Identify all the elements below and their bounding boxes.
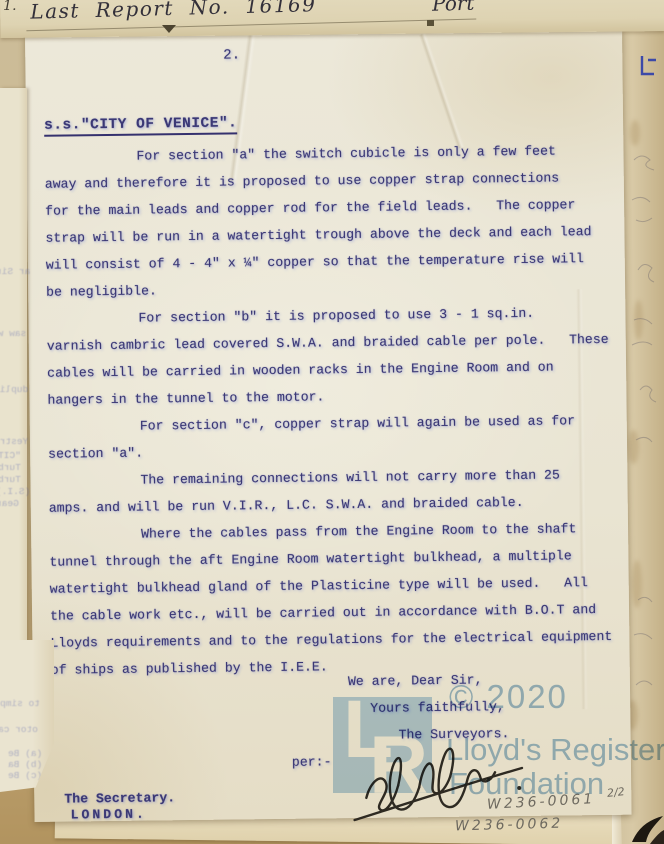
handwritten-report-note: Last Report No. 16169: [30, 0, 317, 24]
bleedthrough-text: Turb: [0, 474, 21, 485]
scanned-document-photo: { "top_note": { "corner_mark": "1.", "te…: [0, 0, 664, 844]
addressee-city: LONDON.: [70, 807, 147, 823]
bleedthrough-text: saw wo: [0, 328, 26, 339]
bleedthrough-text: (c) Be: [8, 770, 42, 781]
corner-mark: 1.: [3, 0, 17, 14]
left-paper-strip: ar Sir saw wo duplic Yestre "CIT Turb Tu…: [0, 88, 27, 664]
paper-clip-mark: [162, 25, 176, 33]
archive-reference-page-fraction: 2/2: [606, 785, 625, 800]
ship-name-heading: s.s."CITY OF VENICE".: [44, 115, 237, 136]
closing-valediction: Yours faithfully,: [370, 699, 505, 716]
bleedthrough-text: Yestre: [0, 436, 28, 447]
bleedthrough-text: Turb: [0, 462, 21, 473]
archive-reference-bottom: W236-0062: [455, 816, 564, 835]
dark-corner-fragment: [630, 816, 664, 844]
handwritten-port-note: Port: [432, 0, 475, 16]
staple-mark: [427, 20, 434, 26]
page-number: 2.: [223, 47, 240, 63]
typed-letter-page: 2. s.s."CITY OF VENICE". For section "a"…: [25, 29, 632, 822]
bleedthrough-text: ar Sir: [0, 266, 30, 277]
bleedthrough-text: otor ca: [0, 724, 38, 735]
bleedthrough-text: (a) Be: [8, 748, 42, 759]
letter-body: For section "a" the switch cubicle is on…: [44, 137, 629, 684]
addressee-title: The Secretary.: [64, 790, 175, 806]
blue-ink-fragment: [638, 52, 662, 82]
bleedthrough-text: (b) Ba: [8, 759, 42, 770]
bleedthrough-text: (S.I.): [0, 486, 30, 497]
bleedthrough-text: "CIT: [0, 450, 21, 461]
body-line: of ships as published by the I.E.E.: [51, 650, 629, 684]
per-label: per:-: [292, 754, 332, 769]
bleedthrough-text: duplic: [0, 384, 28, 395]
bleedthrough-text: to simp: [0, 698, 40, 709]
bleedthrough-text: Gear: [0, 498, 19, 509]
closing-salutation: We are, Dear Sir,: [348, 672, 483, 689]
crease-line: [419, 33, 465, 149]
